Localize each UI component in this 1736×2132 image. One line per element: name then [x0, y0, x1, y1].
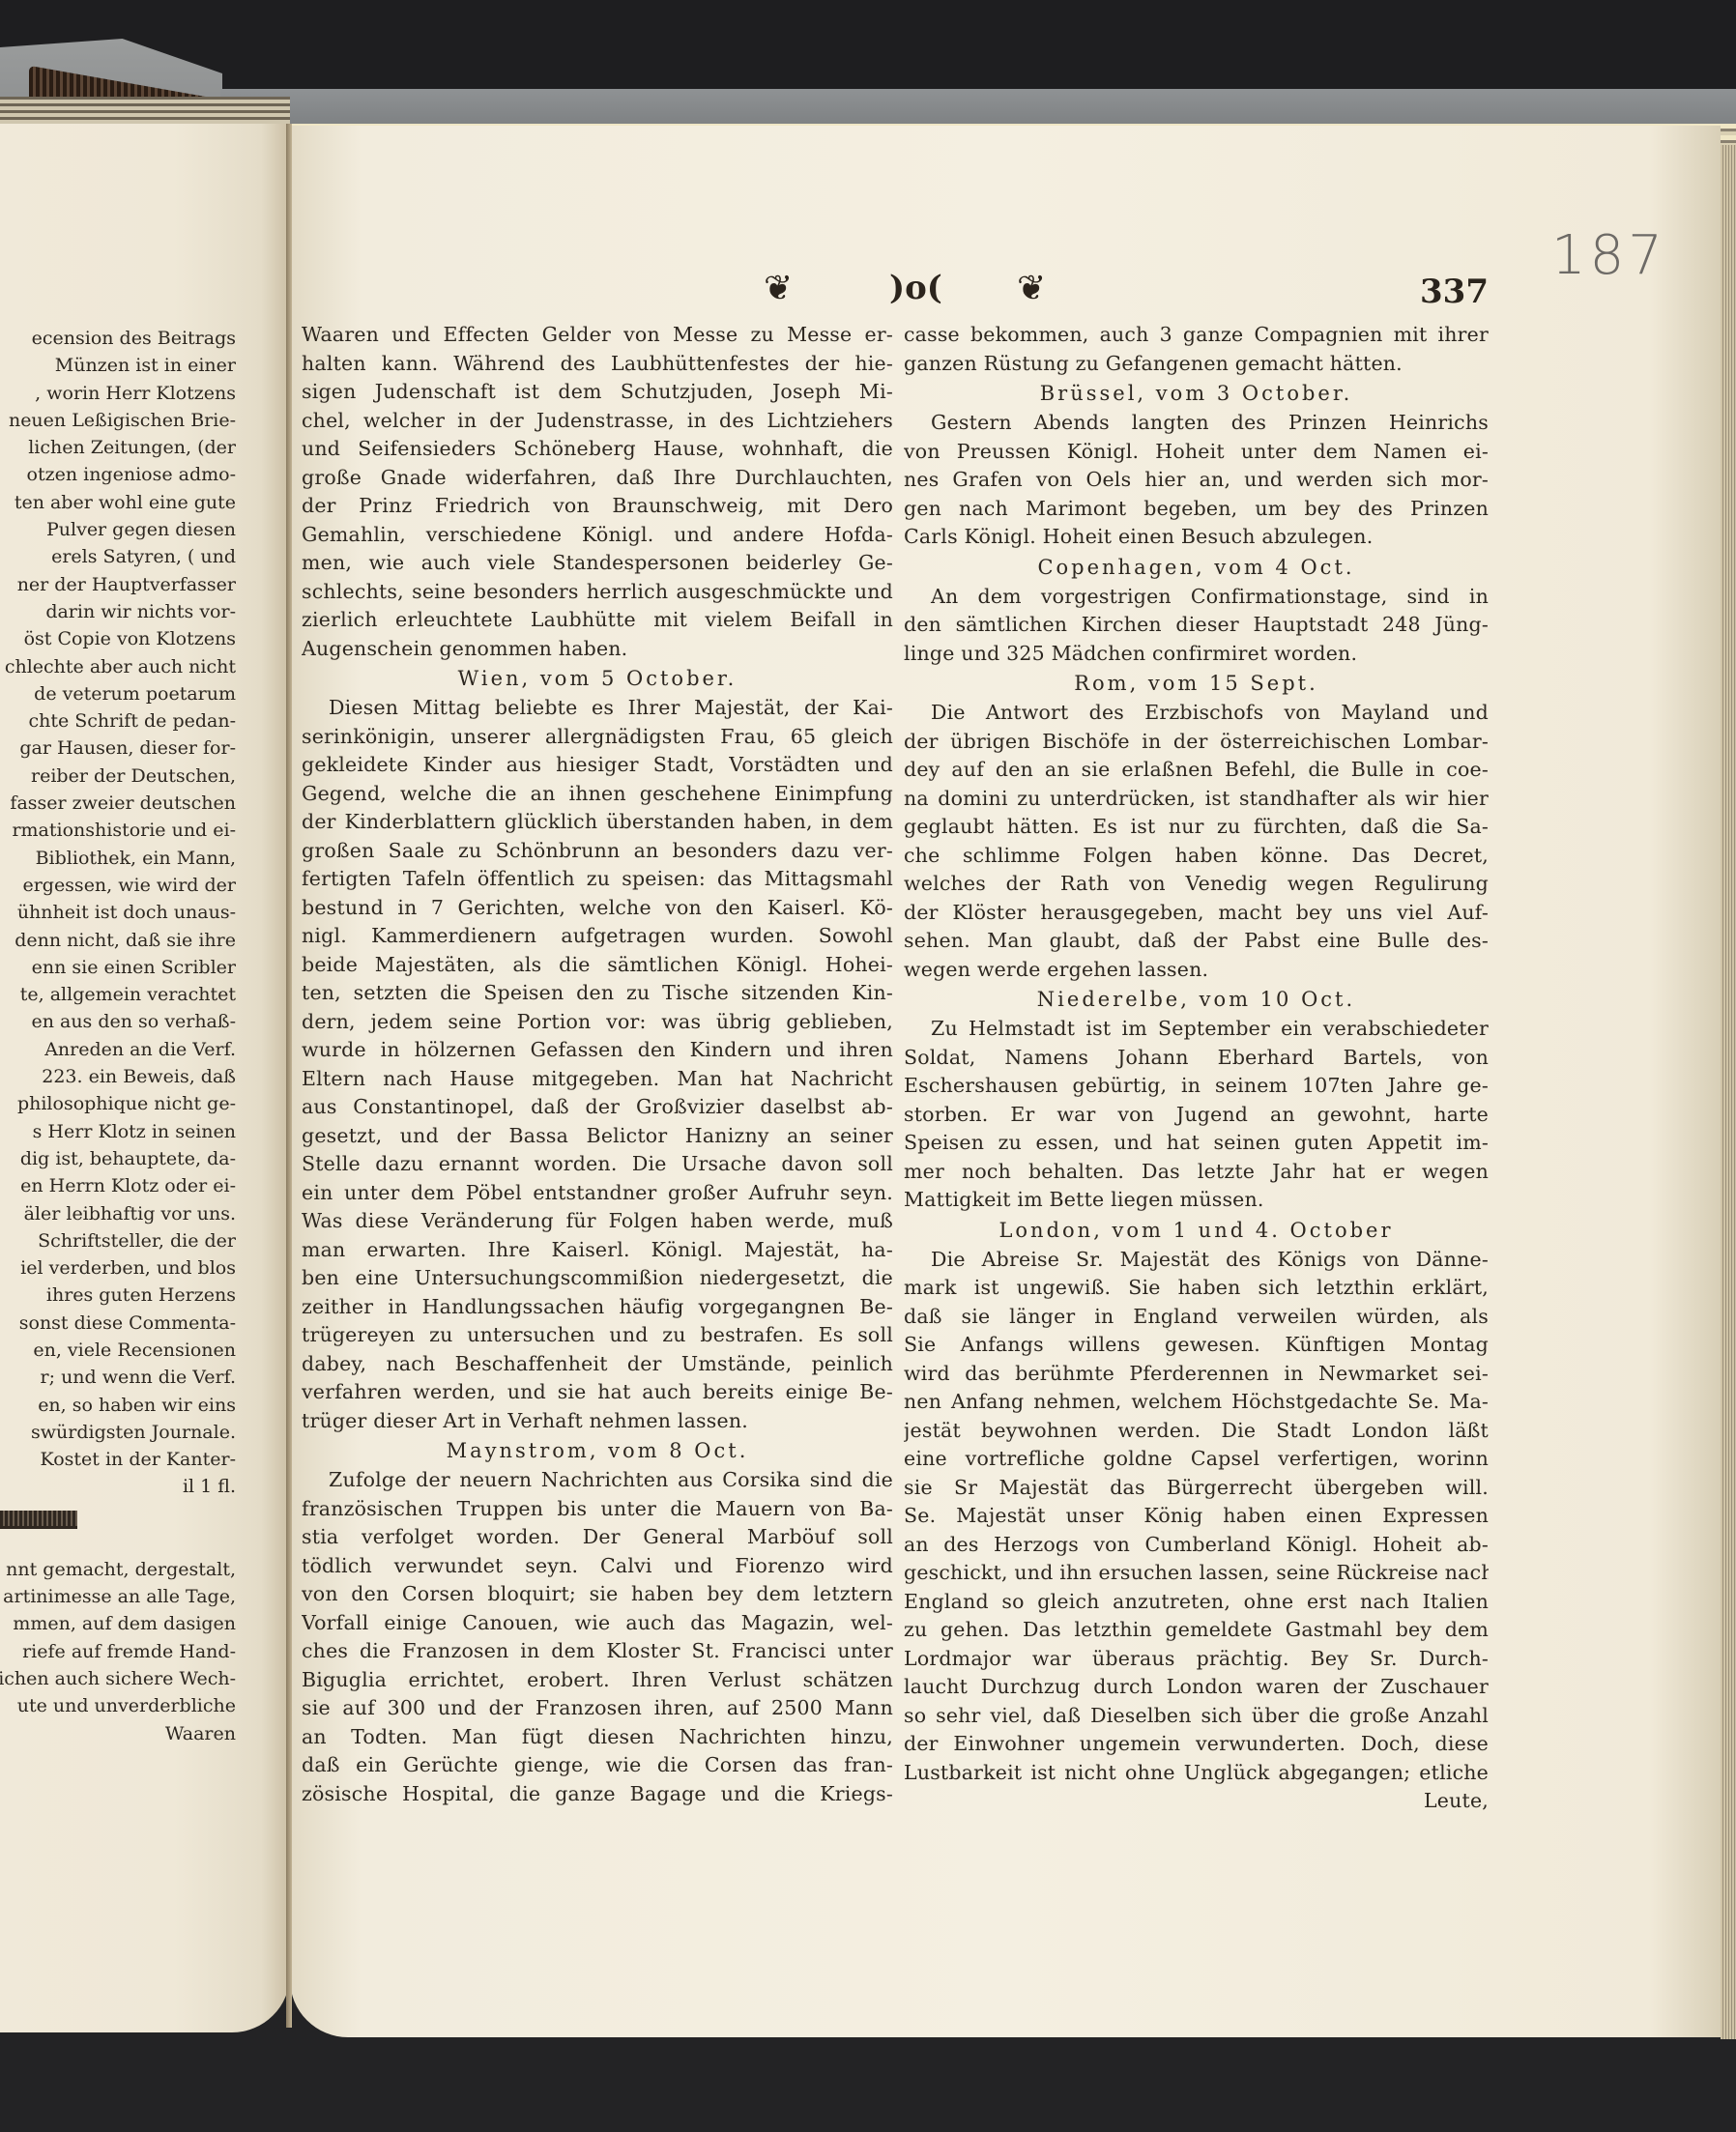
text-line: geglaubt hätten. Es ist nur zu fürchten,…	[904, 813, 1489, 842]
text-line: , worin Herr Klotzens	[0, 380, 236, 407]
text-line: öst Copie von Klotzens	[0, 625, 236, 652]
text-line: Zufolge der neuern Nachrichten aus Corsi…	[302, 1466, 893, 1495]
dateline-heading: Copenhagen, vom 4 Oct.	[904, 552, 1489, 583]
text-line: nen Anfang nehmen, welchem Höchstgedacht…	[904, 1388, 1489, 1417]
text-line: dig ist, behauptete, da-	[0, 1145, 236, 1172]
text-line: riefe auf fremde Hand-	[0, 1638, 236, 1665]
text-line: welches der Rath von Venedig wegen Regul…	[904, 870, 1489, 899]
text-line: ute und unverderbliche	[0, 1692, 236, 1719]
text-line: Zu Helmstadt ist im September ein verabs…	[904, 1015, 1489, 1044]
text-line: laucht Durchzug durch London waren der Z…	[904, 1673, 1489, 1702]
text-line: trügereyen zu untersuchen und zu bestraf…	[302, 1321, 893, 1350]
text-line: ein unter dem Pöbel entstandner großer A…	[302, 1179, 893, 1208]
text-line: en, so haben wir eins	[0, 1392, 236, 1419]
pencil-folio-number: 187	[1551, 224, 1666, 287]
text-line: jestät beywohnen werden. Die Stadt Londo…	[904, 1417, 1489, 1446]
text-line: äler leibhaftig vor uns.	[0, 1200, 236, 1227]
text-line: Schriftsteller, die der	[0, 1227, 236, 1254]
text-line: Die Abreise Sr. Majestät des Königs von …	[904, 1246, 1489, 1275]
text-line: halten kann. Während des Laubhüttenfeste…	[302, 350, 893, 379]
text-line: chte Schrift de pedan-	[0, 707, 236, 735]
dateline-heading: Wien, vom 5 October.	[302, 663, 893, 694]
text-line: an Todten. Man fügt diesen Nachrichten h…	[302, 1723, 893, 1752]
text-line: ben eine Untersuchungscommißion niederge…	[302, 1264, 893, 1293]
dateline-heading: Maynstrom, vom 8 Oct.	[302, 1435, 893, 1466]
text-line: reiber der Deutschen,	[0, 763, 236, 790]
text-line: eine vortrefliche goldne Capsel verferti…	[904, 1445, 1489, 1474]
text-line: An dem vorgestrigen Confirmationstage, s…	[904, 583, 1489, 612]
text-line: sonst diese Commenta-	[0, 1310, 236, 1337]
text-line: storben. Er war von Jugend an gewohnt, h…	[904, 1101, 1489, 1130]
text-line: ches die Franzosen in dem Kloster St. Fr…	[302, 1637, 893, 1666]
text-line: Carls Königl. Hoheit einen Besuch abzule…	[904, 523, 1489, 552]
text-line: r; und wenn die Verf.	[0, 1364, 236, 1391]
text-line: darin wir nichts vor-	[0, 598, 236, 625]
dateline-heading: London, vom 1 und 4. October	[904, 1215, 1489, 1246]
text-line: verfahren werden, und sie hat auch berei…	[302, 1378, 893, 1407]
text-line: chel, welcher in der Judenstrasse, in de…	[302, 407, 893, 436]
text-line: geschickt, und ihn ersuchen lassen, sein…	[904, 1559, 1489, 1588]
right-page-column-b: casse bekommen, auch 3 ganze Compagnien …	[904, 321, 1489, 1816]
text-line: wird das berühmte Pferderennen in Newmar…	[904, 1360, 1489, 1389]
text-line: von den Corsen bloquirt; sie haben bey d…	[302, 1580, 893, 1609]
text-line: philosophique nicht ge-	[0, 1090, 236, 1117]
dateline-heading: Niederelbe, vom 10 Oct.	[904, 984, 1489, 1015]
text-line: Biguglia errichtet, erobert. Ihren Verlu…	[302, 1666, 893, 1695]
text-line: en aus den so verhaß-	[0, 1008, 236, 1035]
text-line: de veterum poetarum	[0, 680, 236, 707]
text-line: schlechts, seine besonders herrlich ausg…	[302, 578, 893, 607]
text-line: zeither in Handlungssachen häufig vorgeg…	[302, 1293, 893, 1322]
text-line: sie Sr Majestät das Bürgerrecht übergebe…	[904, 1474, 1489, 1503]
section-rule-ornament	[0, 1511, 77, 1529]
text-line: tödlich verwundet seyn. Calvi und Fioren…	[302, 1552, 893, 1581]
text-line: sehen. Man glaubt, daß der Pabst eine Bu…	[904, 927, 1489, 956]
text-line: ner der Hauptverfasser	[0, 571, 236, 598]
text-line: Eltern nach Hause mitgegeben. Man hat Na…	[302, 1065, 893, 1094]
text-line: dabey, nach Beschaffenheit der Umstände,…	[302, 1350, 893, 1379]
text-line: dern, jedem seine Portion vor: was übrig…	[302, 1008, 893, 1037]
text-line: fasser zweier deutschen	[0, 790, 236, 817]
text-line: Soldat, Namens Johann Eberhard Bartels, …	[904, 1044, 1489, 1073]
shell-ornament-icon: ❦	[1017, 269, 1046, 308]
text-line: serinkönigin, unserer allergnädigsten Fr…	[302, 723, 893, 752]
text-line: men, wie auch viele Standespersonen beid…	[302, 549, 893, 578]
text-line: große Gnade widerfahren, daß Ihre Durchl…	[302, 464, 893, 493]
text-line: gesetzt, und der Bassa Belictor Hanizny …	[302, 1122, 893, 1151]
text-line: en, viele Recensionen	[0, 1337, 236, 1364]
text-line: nnt gemacht, dergestalt,	[0, 1556, 236, 1583]
text-line: trüger dieser Art in Verhaft nehmen lass…	[302, 1407, 893, 1436]
text-line: der Prinz Friedrich von Braunschweig, mi…	[302, 492, 893, 521]
text-line: chlechte aber auch nicht	[0, 653, 236, 680]
center-ornament-icon: )o(	[889, 269, 942, 307]
dateline-heading: Rom, vom 15 Sept.	[904, 668, 1489, 699]
text-line: stia verfolget worden. Der General Marbö…	[302, 1523, 893, 1552]
binding-cloth-right	[220, 89, 1736, 128]
text-line: Was diese Veränderung für Folgen haben w…	[302, 1207, 893, 1236]
text-line: sigen Judenschaft ist dem Schutzjuden, J…	[302, 378, 893, 407]
text-line: nes Grafen von Oels hier an, und werden …	[904, 466, 1489, 495]
text-line: che schlimme Folgen haben könne. Das Dec…	[904, 842, 1489, 871]
text-line: so sehr viel, daß Dieselben sich über di…	[904, 1702, 1489, 1731]
text-line: lichen Zeitungen, (der	[0, 434, 236, 461]
text-line: zu gehen. Das letzthin gemeldete Gastmah…	[904, 1616, 1489, 1645]
text-line: ganzen Rüstung zu Gefangenen gemacht hät…	[904, 350, 1489, 379]
text-line: der übrigen Bischöfe in der österreichis…	[904, 728, 1489, 757]
text-line: enn sie einen Scribler	[0, 954, 236, 981]
text-line: te, allgemein verachtet	[0, 981, 236, 1008]
text-line: ergessen, wie wird der	[0, 872, 236, 899]
text-line: Die Antwort des Erzbischofs von Mayland …	[904, 699, 1489, 728]
text-line: il 1 fl.	[0, 1473, 236, 1500]
right-page-column-a: Waaren und Effecten Gelder von Messe zu …	[302, 321, 893, 1808]
text-line: man erwarten. Ihre Kaiserl. Königl. Maje…	[302, 1236, 893, 1265]
text-line: Pulver gegen diesen	[0, 516, 236, 543]
text-line: England so gleich anzutreten, ohne erst …	[904, 1588, 1489, 1617]
text-line: s Herr Klotz in seinen	[0, 1118, 236, 1145]
text-line: Sie Anfangs willens gewesen. Künftigen M…	[904, 1331, 1489, 1360]
text-line: den sämtlichen Kirchen dieser Hauptstadt…	[904, 611, 1489, 640]
text-line: Speisen zu essen, und hat seinen guten A…	[904, 1129, 1489, 1158]
text-line: Bibliothek, ein Mann,	[0, 845, 236, 872]
dateline-heading: Brüssel, vom 3 October.	[904, 378, 1489, 409]
text-line: Leute,	[904, 1787, 1489, 1816]
text-line: Vorfall einige Canouen, wie auch das Mag…	[302, 1609, 893, 1638]
text-line: der Kinderblattern glücklich überstanden…	[302, 808, 893, 837]
running-head: ❦ )o( ❦ 337	[764, 269, 1498, 311]
text-line: wegen werde ergehen lassen.	[904, 956, 1489, 985]
text-line: rmationshistorie und ei-	[0, 817, 236, 844]
text-line: beide Majestäten, als die sämtlichen Kön…	[302, 951, 893, 980]
text-line: Se. Majestät unser König haben einen Exp…	[904, 1502, 1489, 1531]
text-line: erels Satyren, ( und	[0, 543, 236, 570]
text-line: 223. ein Beweis, daß	[0, 1063, 236, 1090]
text-line: Lustbarkeit ist nicht ohne Unglück abgeg…	[904, 1759, 1489, 1788]
text-line: Mattigkeit im Bette liegen müssen.	[904, 1186, 1489, 1215]
text-line: casse bekommen, auch 3 ganze Compagnien …	[904, 321, 1489, 350]
text-line: daß sie länger in England verweilen würd…	[904, 1303, 1489, 1332]
text-line: zösische Hospital, die ganze Bagage und …	[302, 1780, 893, 1809]
text-line: gen nach Marimont begeben, um bey des Pr…	[904, 495, 1489, 524]
text-line: an des Herzogs von Cumberland Königl. Ho…	[904, 1531, 1489, 1560]
text-line: gar Hausen, dieser for-	[0, 735, 236, 762]
text-line: französischen Truppen bis unter die Maue…	[302, 1495, 893, 1524]
text-line: mark ist ungewiß. Sie haben sich letzthi…	[904, 1274, 1489, 1303]
text-line: der Klöster herausgegeben, macht bey uns…	[904, 899, 1489, 928]
text-line: großen Saale zu Schönbrunn an besonders …	[302, 837, 893, 866]
text-line: der Einwohner ungemein verwunderten. Doc…	[904, 1730, 1489, 1759]
text-line: Waaren	[0, 1720, 236, 1747]
text-line: Gestern Abends langten des Prinzen Heinr…	[904, 409, 1489, 438]
text-line: aus Constantinopel, daß der Großvizier d…	[302, 1093, 893, 1122]
text-line: en Herrn Klotz oder ei-	[0, 1172, 236, 1199]
text-line: Gegend, welche die an ihnen geschehene E…	[302, 780, 893, 809]
text-line: ten aber wohl eine gute	[0, 489, 236, 516]
text-line: mer noch behalten. Das letzte Jahr hat e…	[904, 1158, 1489, 1187]
text-line: swürdigsten Journale.	[0, 1419, 236, 1446]
text-line: na domini zu unterdrücken, ist standhaft…	[904, 785, 1489, 814]
text-line: ihres guten Herzens	[0, 1282, 236, 1309]
text-line: eichen auch sichere Wech-	[0, 1665, 236, 1692]
text-line: ten, setzten die Speisen den zu Tische s…	[302, 979, 893, 1008]
text-line: otzen ingeniose admo-	[0, 461, 236, 488]
left-page-text: ecension des BeitragsMünzen ist in einer…	[0, 325, 236, 1747]
text-line: und Seifensieders Schöneberg Hause, wohn…	[302, 435, 893, 464]
text-line: daß ein Gerüchte gienge, wie die Corsen …	[302, 1751, 893, 1780]
text-line: artinimesse an alle Tage,	[0, 1583, 236, 1610]
text-line: Münzen ist in einer	[0, 352, 236, 379]
text-line: Eschershausen gebürtig, in seinem 107ten…	[904, 1072, 1489, 1101]
text-line: zierlich erleuchtete Laubhütte mit viele…	[302, 606, 893, 635]
text-line: fertigten Tafeln öffentlich zu speisen: …	[302, 865, 893, 894]
text-line: Gemahlin, verschiedene Königl. und ander…	[302, 521, 893, 550]
text-line: dey auf den an sie erlaßnen Befehl, die …	[904, 756, 1489, 785]
text-line: Diesen Mittag beliebte es Ihrer Majestät…	[302, 694, 893, 723]
text-line: iel verderben, und blos	[0, 1254, 236, 1282]
text-line: ühnheit ist doch unaus-	[0, 899, 236, 926]
book-gutter	[286, 124, 292, 2028]
text-line: denn nicht, daß sie ihre	[0, 927, 236, 954]
text-line: bestund in 7 Gerichten, welche von den K…	[302, 894, 893, 923]
text-line: linge und 325 Mädchen confirmiret worden…	[904, 640, 1489, 669]
text-line: mmen, auf dem dasigen	[0, 1610, 236, 1637]
text-line: sie auf 300 und der Franzosen ihren, auf…	[302, 1694, 893, 1723]
text-line: von Preussen Königl. Hoheit unter dem Na…	[904, 438, 1489, 467]
text-line: Augenschein genommen haben.	[302, 635, 893, 664]
text-line: Anreden an die Verf.	[0, 1036, 236, 1063]
text-line: gekleidete Kinder aus hiesiger Stadt, Vo…	[302, 751, 893, 780]
page-number: 337	[1420, 273, 1489, 311]
text-line: Kostet in der Kanter-	[0, 1446, 236, 1473]
text-line: Lordmajor war überaus prächtig. Bey Sr. …	[904, 1645, 1489, 1674]
right-page-fore-edge	[1721, 145, 1736, 2039]
shell-ornament-icon: ❦	[764, 269, 793, 308]
text-line: Stelle dazu ernannt worden. Die Ursache …	[302, 1150, 893, 1179]
text-line: Waaren und Effecten Gelder von Messe zu …	[302, 321, 893, 350]
text-line: neuen Leßigischen Brie-	[0, 407, 236, 434]
text-line: nigl. Kammerdienern aufgetragen wurden. …	[302, 922, 893, 951]
text-line: wurde in hölzernen Gefassen den Kindern …	[302, 1036, 893, 1065]
text-line: ecension des Beitrags	[0, 325, 236, 352]
